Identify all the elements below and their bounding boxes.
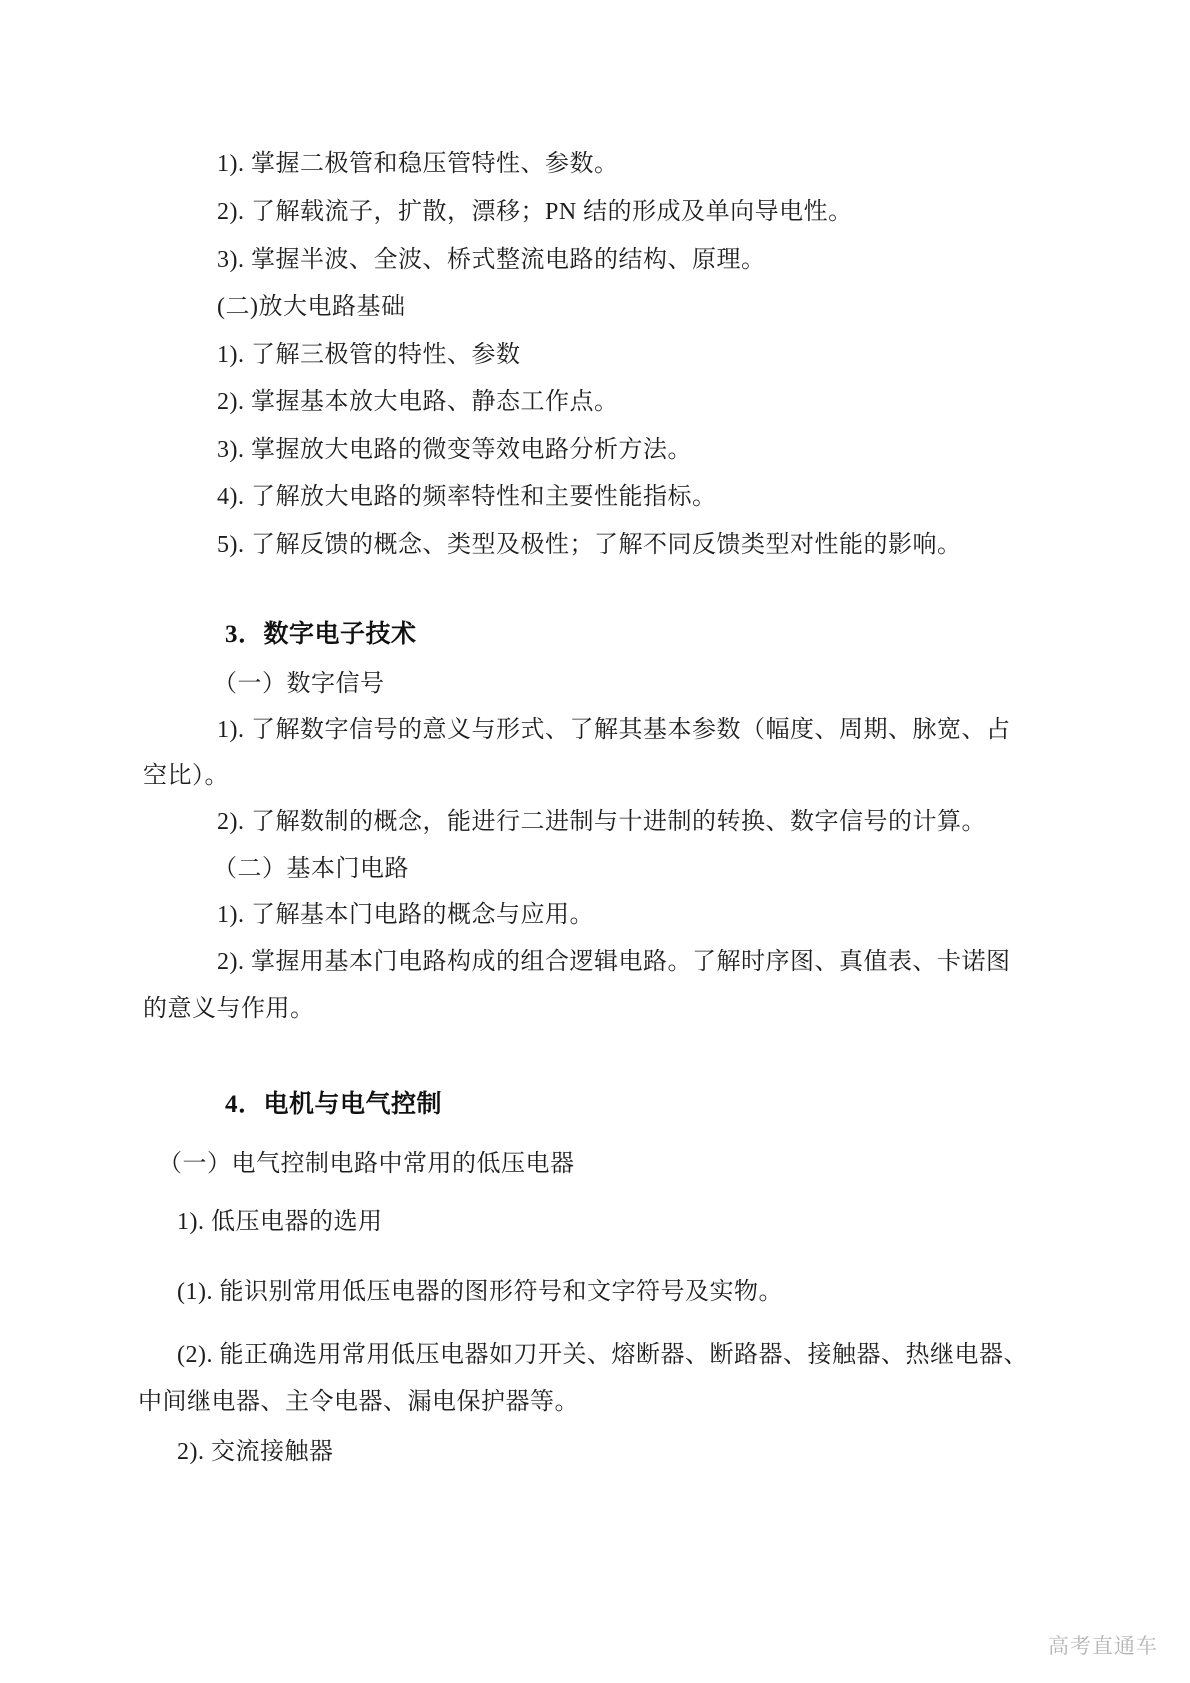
doc-line: （二）基本门电路 [213, 857, 409, 881]
doc-line: 1). 了解基本门电路的概念与应用。 [217, 903, 594, 927]
doc-line: 4). 了解放大电路的频率特性和主要性能指标。 [217, 485, 717, 509]
doc-line: 空比）。 [143, 764, 229, 788]
doc-line: (2). 能正确选用常用低压电器如刀开关、熔断器、断路器、接触器、热继电器、 [177, 1343, 1028, 1367]
doc-line: 的意义与作用。 [143, 997, 315, 1021]
doc-line: 3). 掌握放大电路的微变等效电路分析方法。 [217, 438, 692, 462]
doc-line: 2). 了解数制的概念，能进行二进制与十进制的转换、数字信号的计算。 [217, 810, 986, 834]
doc-line: 2). 掌握基本放大电路、静态工作点。 [217, 390, 619, 414]
watermark-text: 高考直通车 [1048, 1630, 1158, 1660]
doc-line: 2). 掌握用基本门电路构成的组合逻辑电路。了解时序图、真值表、卡诺图 [217, 950, 1011, 974]
doc-line: 3). 掌握半波、全波、桥式整流电路的结构、原理。 [217, 248, 766, 272]
doc-line: 1). 掌握二极管和稳压管特性、参数。 [217, 152, 619, 176]
doc-line: 5). 了解反馈的概念、类型及极性；了解不同反馈类型对性能的影响。 [217, 533, 962, 557]
section-heading: 4．电机与电气控制 [225, 1092, 442, 1117]
doc-line: 1). 了解三极管的特性、参数 [217, 343, 521, 367]
doc-line: （一）电气控制电路中常用的低压电器 [158, 1152, 575, 1176]
doc-line: (二)放大电路基础 [217, 295, 405, 319]
doc-line: (1). 能识别常用低压电器的图形符号和文字符号及实物。 [177, 1280, 783, 1304]
doc-line: 1). 了解数字信号的意义与形式、了解其基本参数（幅度、周期、脉宽、占 [217, 718, 1011, 742]
doc-line: 2). 了解载流子，扩散，漂移；PN 结的形成及单向导电性。 [217, 200, 853, 224]
doc-line: 中间继电器、主令电器、漏电保护器等。 [138, 1390, 579, 1414]
doc-line: （一）数字信号 [213, 672, 385, 696]
doc-line: 1). 低压电器的选用 [177, 1210, 383, 1234]
document-page: 1). 掌握二极管和稳压管特性、参数。 2). 了解载流子，扩散，漂移；PN 结… [0, 0, 1190, 1683]
section-heading: 3．数字电子技术 [225, 622, 417, 647]
doc-line: 2). 交流接触器 [177, 1440, 334, 1464]
